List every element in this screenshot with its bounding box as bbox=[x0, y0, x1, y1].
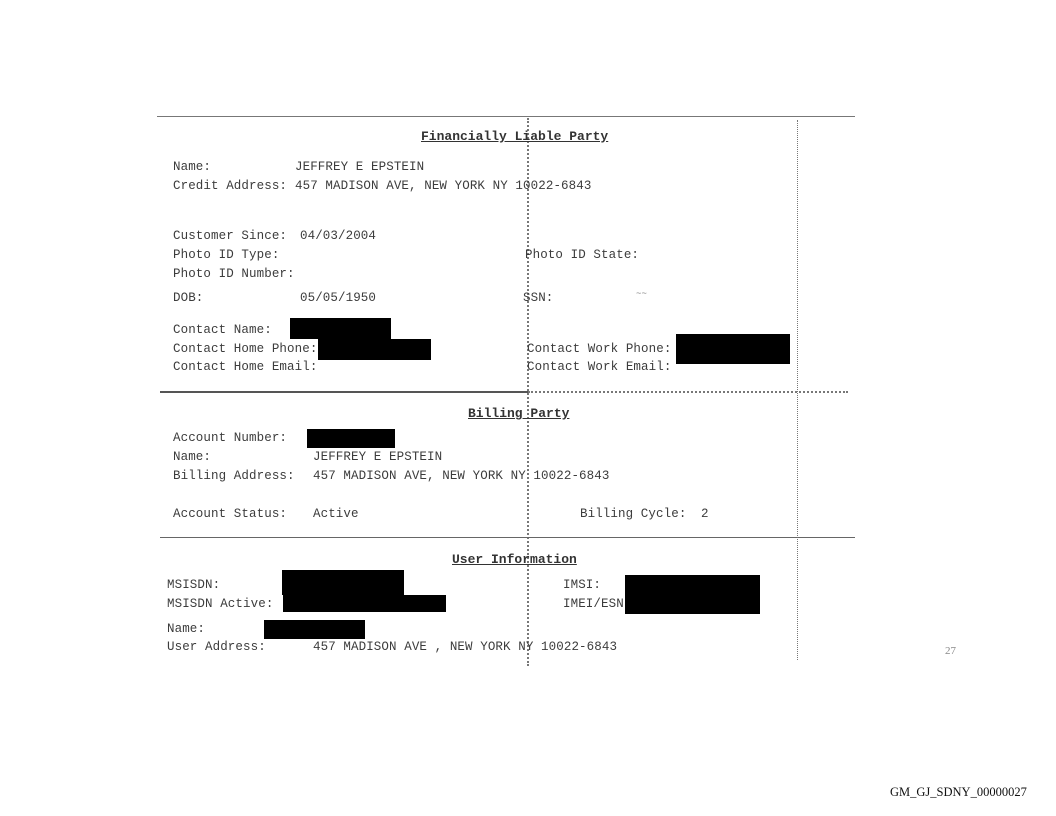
top-rule bbox=[157, 116, 855, 117]
contact-home-phone-label: Contact Home Phone: bbox=[173, 342, 317, 356]
billing-name-value: JEFFREY E EPSTEIN bbox=[313, 450, 442, 464]
contact-name-redaction bbox=[290, 318, 391, 339]
contact-work-phone-label: Contact Work Phone: bbox=[527, 342, 671, 356]
section-title-financially-liable: Financially Liable Party bbox=[421, 129, 608, 144]
user-name-label: Name: bbox=[167, 622, 205, 636]
photo-id-number-label: Photo ID Number: bbox=[173, 267, 295, 281]
msisdn-active-redaction bbox=[283, 595, 446, 612]
section-divider-2 bbox=[160, 537, 855, 538]
page-number: 27 bbox=[945, 645, 956, 657]
contact-name-label: Contact Name: bbox=[173, 323, 272, 337]
msisdn-active-label: MSISDN Active: bbox=[167, 597, 273, 611]
section-title-user-information: User Information bbox=[452, 552, 577, 567]
billing-cycle-label: Billing Cycle: bbox=[580, 507, 686, 521]
ssn-value: ~~ bbox=[636, 289, 647, 299]
billing-address-label: Billing Address: bbox=[173, 469, 295, 483]
account-number-redaction bbox=[307, 429, 395, 448]
section-title-billing-party: Billing Party bbox=[468, 406, 569, 421]
account-status-label: Account Status: bbox=[173, 507, 287, 521]
customer-since-value: 04/03/2004 bbox=[300, 229, 376, 243]
credit-address-label: Credit Address: bbox=[173, 179, 287, 193]
user-address-value: 457 MADISON AVE , NEW YORK NY 10022-6843 bbox=[313, 640, 617, 654]
dob-value: 05/05/1950 bbox=[300, 291, 376, 305]
billing-name-label: Name: bbox=[173, 450, 211, 464]
billing-cycle-value: 2 bbox=[701, 507, 709, 521]
imei-label: IMEI/ESN bbox=[563, 597, 624, 611]
dob-label: DOB: bbox=[173, 291, 203, 305]
contact-home-email-label: Contact Home Email: bbox=[173, 360, 317, 374]
msisdn-redaction bbox=[282, 570, 404, 595]
contact-home-phone-redaction bbox=[318, 339, 431, 360]
section-divider-1 bbox=[160, 391, 528, 393]
bates-number: GM_GJ_SDNY_00000027 bbox=[890, 785, 1027, 800]
customer-since-label: Customer Since: bbox=[173, 229, 287, 243]
ssn-label: SSN: bbox=[523, 291, 553, 305]
photo-id-type-label: Photo ID Type: bbox=[173, 248, 279, 262]
billing-address-value: 457 MADISON AVE, NEW YORK NY 10022-6843 bbox=[313, 469, 609, 483]
user-address-label: User Address: bbox=[167, 640, 266, 654]
user-name-redaction bbox=[264, 620, 365, 639]
imsi-label: IMSI: bbox=[563, 578, 601, 592]
msisdn-label: MSISDN: bbox=[167, 578, 220, 592]
account-status-value: Active bbox=[313, 507, 359, 521]
section-divider-1-dotted bbox=[528, 391, 848, 393]
account-number-label: Account Number: bbox=[173, 431, 287, 445]
contact-work-email-label: Contact Work Email: bbox=[527, 360, 671, 374]
photo-id-state-label: Photo ID State: bbox=[525, 248, 639, 262]
right-fold-line bbox=[797, 120, 799, 660]
imsi-redaction bbox=[625, 575, 760, 614]
name-label: Name: bbox=[173, 160, 211, 174]
credit-address-value: 457 MADISON AVE, NEW YORK NY 10022-6843 bbox=[295, 179, 591, 193]
contact-work-phone-redaction bbox=[676, 334, 790, 364]
name-value: JEFFREY E EPSTEIN bbox=[295, 160, 424, 174]
